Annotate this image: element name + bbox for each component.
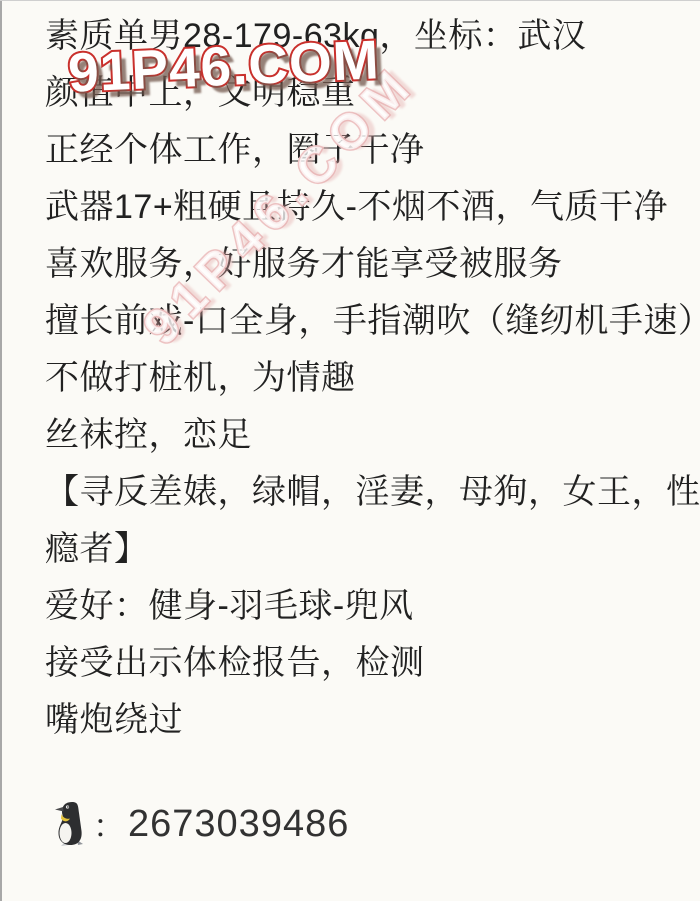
qq-contact: ： 2673039486 xyxy=(89,801,349,847)
contact-colon: ： xyxy=(93,801,126,847)
screenshot-left-edge xyxy=(0,0,2,901)
top-watermark: 91P46.COM xyxy=(67,27,381,105)
profile-line: 丝袜控，恋足 xyxy=(45,403,690,460)
profile-line: 瘾者】 xyxy=(45,517,690,574)
profile-line: 【寻反差婊，绿帽，淫妻，母狗，女王，性 xyxy=(45,460,690,517)
qq-number: 2673039486 xyxy=(128,803,349,846)
profile-line: 武器17+粗硬且持久-不烟不酒，气质干净 xyxy=(45,175,690,232)
contact-row: ： 2673039486 xyxy=(53,801,690,847)
profile-line: 爱好：健身-羽毛球-兜风 xyxy=(45,574,690,631)
profile-line: 喜欢服务，好服务才能享受被服务 xyxy=(45,232,690,289)
penguin-icon xyxy=(53,801,89,847)
profile-line: 嘴炮绕过 xyxy=(45,688,690,745)
screenshot-top-edge xyxy=(0,0,700,1)
profile-line: 接受出示体检报告，检测 xyxy=(45,631,690,688)
